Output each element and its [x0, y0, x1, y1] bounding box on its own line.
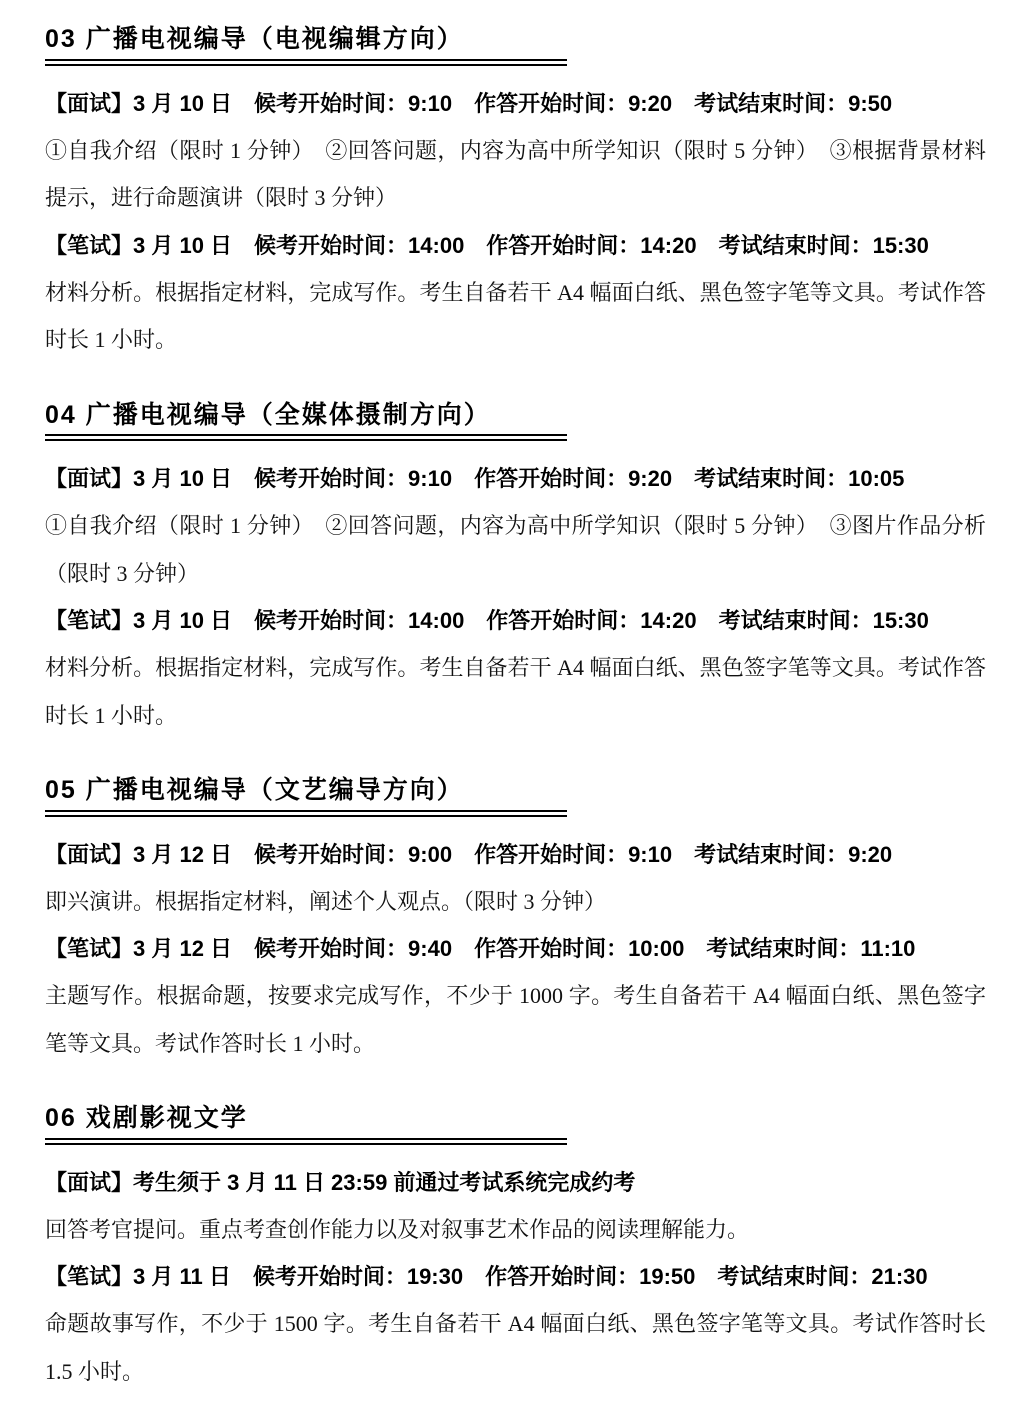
interview-schedule-line: 【面试】3 月 10 日 候考开始时间：9:10 作答开始时间：9:20 考试结… — [45, 80, 986, 127]
section-title-04: 04 广播电视编导（全媒体摄制方向） — [45, 402, 567, 442]
program-section-04: 04 广播电视编导（全媒体摄制方向） 【面试】3 月 10 日 候考开始时间：9… — [45, 402, 986, 740]
interview-schedule-line: 【面试】考生须于 3 月 11 日 23:59 前通过考试系统完成约考 — [45, 1159, 986, 1206]
document-page: 03 广播电视编导（电视编辑方向） 【面试】3 月 10 日 候考开始时间：9:… — [0, 0, 1024, 1395]
program-section-03: 03 广播电视编导（电视编辑方向） 【面试】3 月 10 日 候考开始时间：9:… — [45, 26, 986, 364]
written-test-schedule-line: 【笔试】3 月 11 日 候考开始时间：19:30 作答开始时间：19:50 考… — [45, 1253, 986, 1300]
section-title-05: 05 广播电视编导（文艺编导方向） — [45, 777, 567, 817]
written-test-description: 主题写作。根据命题，按要求完成写作，不少于 1000 字。考生自备若干 A4 幅… — [45, 972, 986, 1067]
interview-description: 即兴演讲。根据指定材料，阐述个人观点。（限时 3 分钟） — [45, 878, 986, 926]
interview-description: 回答考官提问。重点考查创作能力以及对叙事艺术作品的阅读理解能力。 — [45, 1206, 986, 1254]
written-test-description: 材料分析。根据指定材料，完成写作。考生自备若干 A4 幅面白纸、黑色签字笔等文具… — [45, 644, 986, 739]
interview-description: ①自我介绍（限时 1 分钟） ②回答问题，内容为高中所学知识（限时 5 分钟） … — [45, 502, 986, 597]
interview-schedule-line: 【面试】3 月 10 日 候考开始时间：9:10 作答开始时间：9:20 考试结… — [45, 455, 986, 502]
interview-description: ①自我介绍（限时 1 分钟） ②回答问题，内容为高中所学知识（限时 5 分钟） … — [45, 127, 986, 222]
section-title-03: 03 广播电视编导（电视编辑方向） — [45, 26, 567, 66]
written-test-schedule-line: 【笔试】3 月 10 日 候考开始时间：14:00 作答开始时间：14:20 考… — [45, 222, 986, 269]
program-section-06: 06 戏剧影视文学 【面试】考生须于 3 月 11 日 23:59 前通过考试系… — [45, 1105, 986, 1395]
written-test-description: 材料分析。根据指定材料，完成写作。考生自备若干 A4 幅面白纸、黑色签字笔等文具… — [45, 269, 986, 364]
written-test-description: 命题故事写作，不少于 1500 字。考生自备若干 A4 幅面白纸、黑色签字笔等文… — [45, 1300, 986, 1395]
section-title-06: 06 戏剧影视文学 — [45, 1105, 567, 1145]
interview-schedule-line: 【面试】3 月 12 日 候考开始时间：9:00 作答开始时间：9:10 考试结… — [45, 831, 986, 878]
program-section-05: 05 广播电视编导（文艺编导方向） 【面试】3 月 12 日 候考开始时间：9:… — [45, 777, 986, 1067]
written-test-schedule-line: 【笔试】3 月 12 日 候考开始时间：9:40 作答开始时间：10:00 考试… — [45, 925, 986, 972]
written-test-schedule-line: 【笔试】3 月 10 日 候考开始时间：14:00 作答开始时间：14:20 考… — [45, 597, 986, 644]
